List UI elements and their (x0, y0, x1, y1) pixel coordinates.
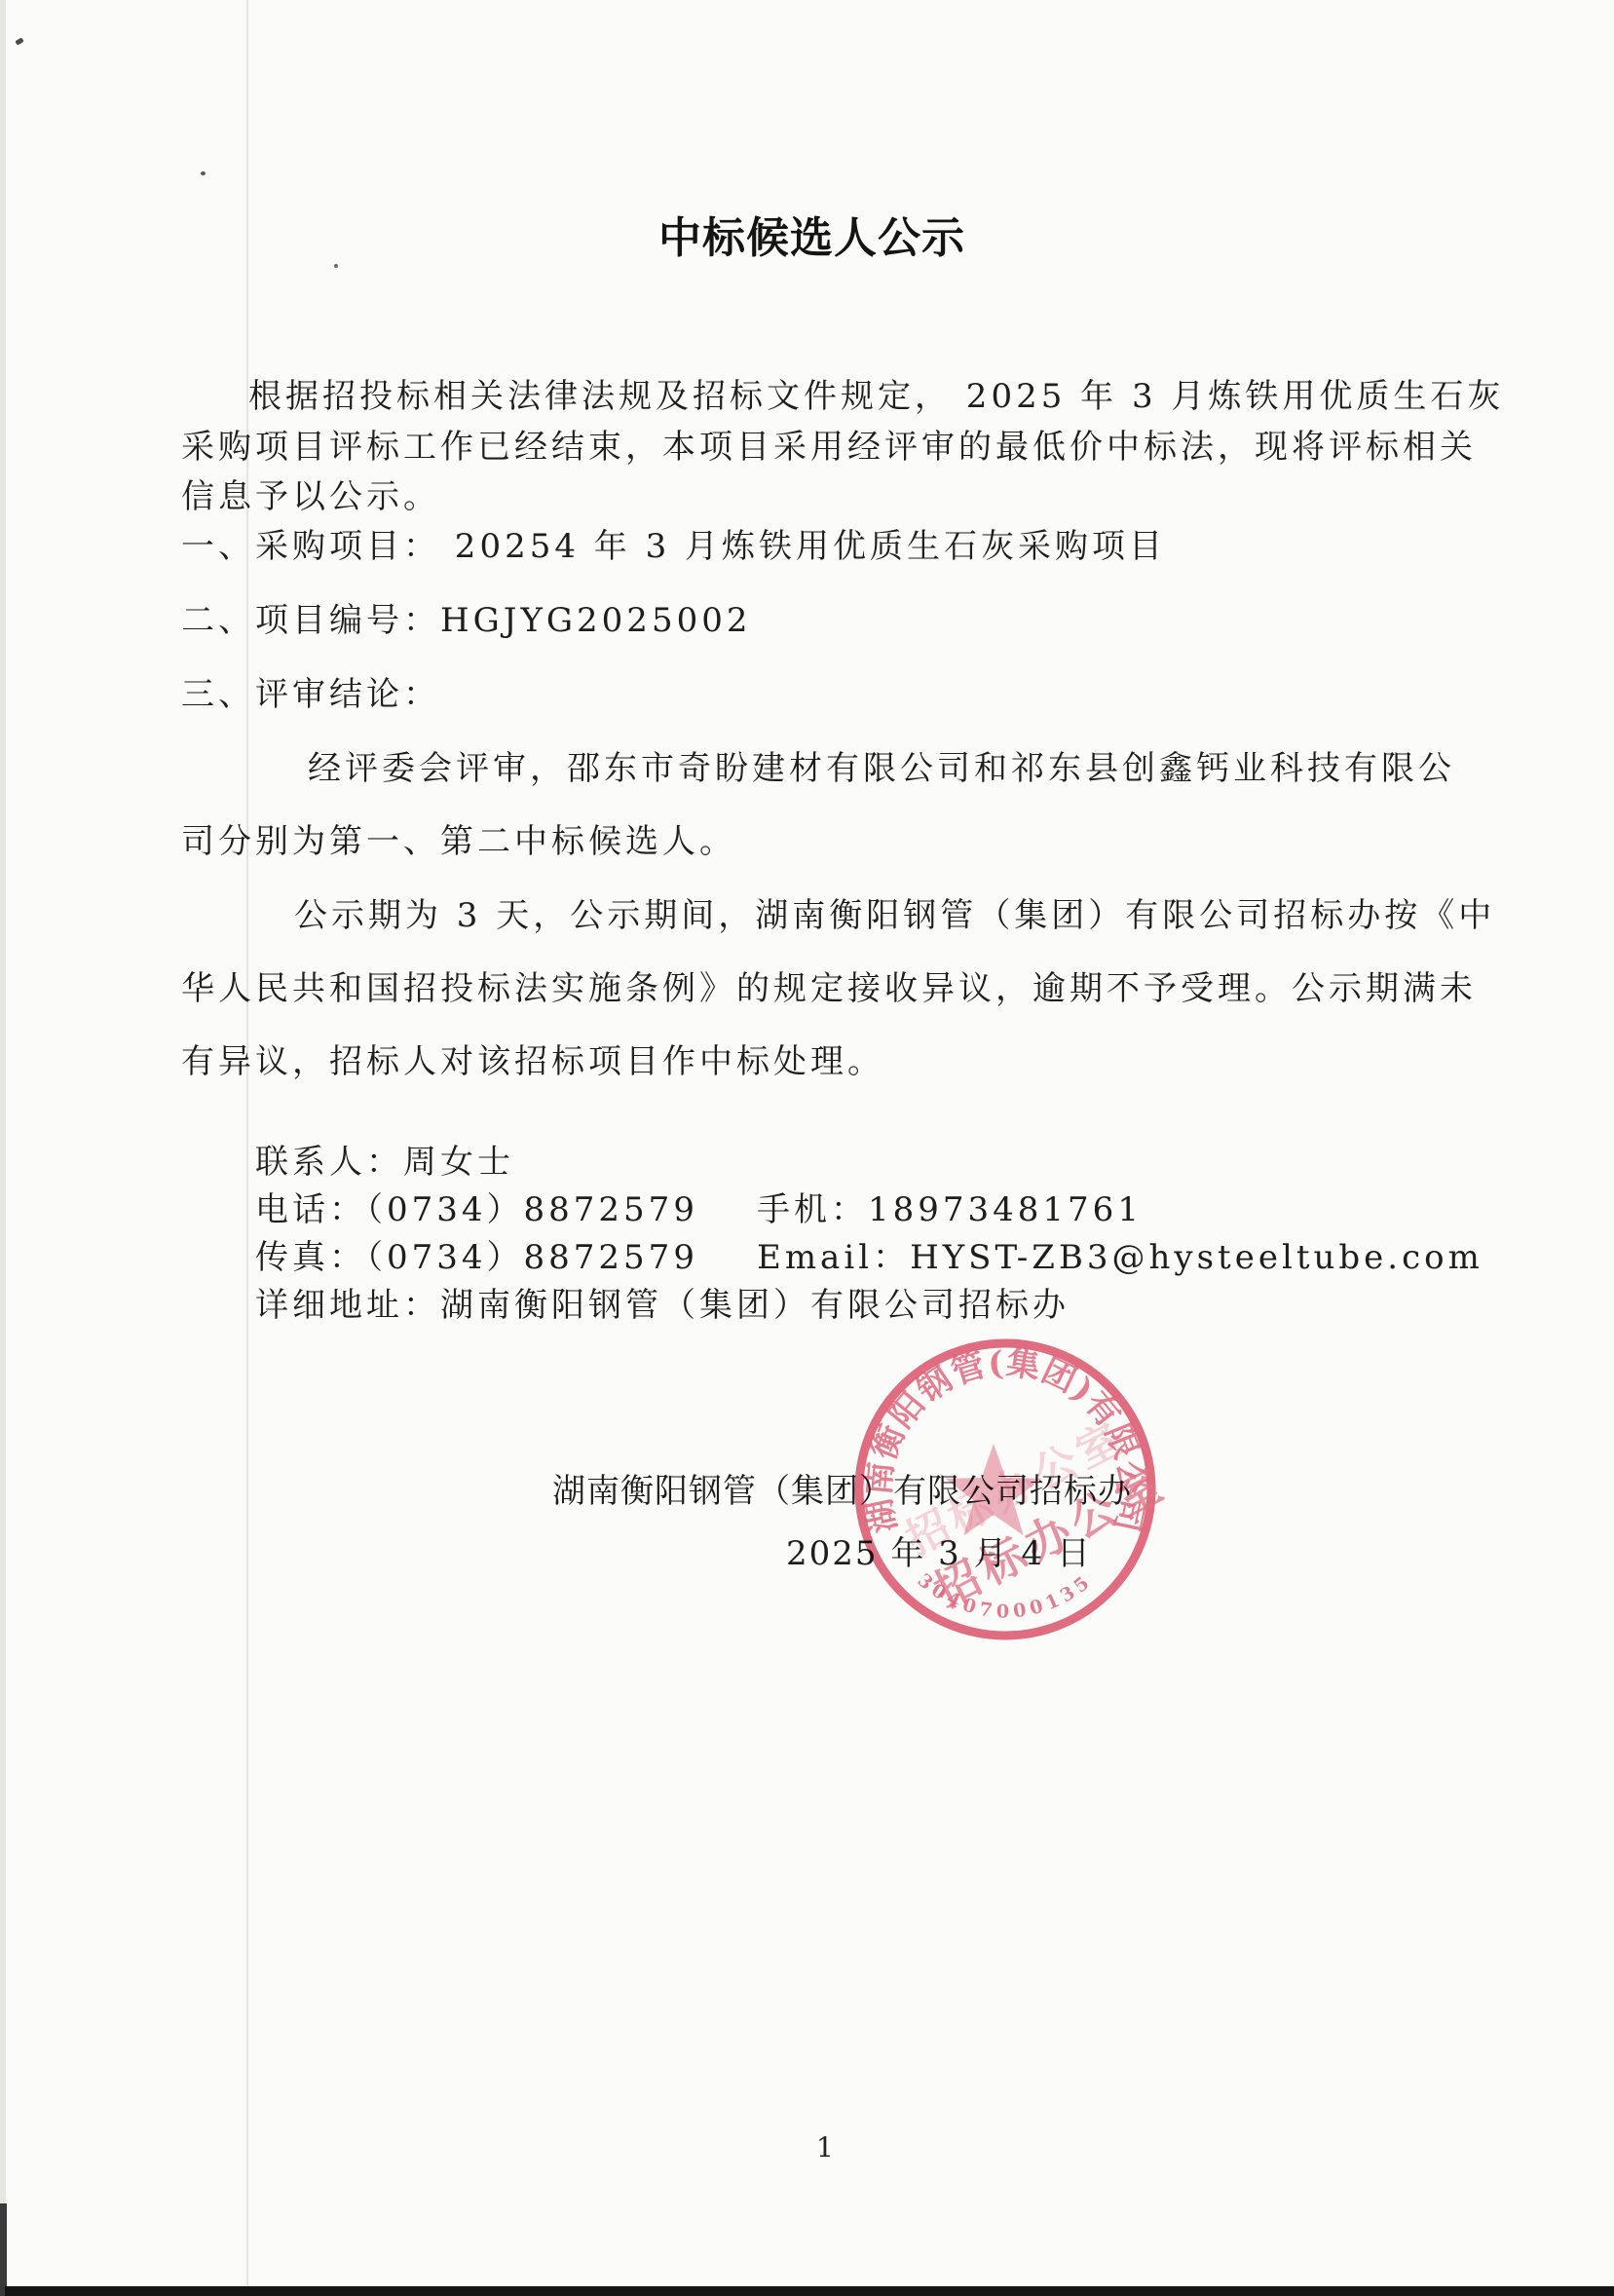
scan-left-bottom-edge (0, 2203, 7, 2296)
item-project-number: 二、项目编号：HGJYG2025002 (181, 600, 751, 642)
notice-line-3: 有异议，招标人对该招标项目作中标处理。 (181, 1041, 884, 1083)
contact-mobile: 手机：18973481761 (757, 1189, 1143, 1231)
contact-email: Email：HYST-ZB3@hysteeltube.com (757, 1237, 1483, 1279)
scan-crease-line (246, 0, 248, 2296)
conclusion-line-1: 经评委会评审，邵东市奇盼建材有限公司和祁东县创鑫钙业科技有限公 (308, 748, 1455, 790)
contact-phone: 电话：（0734）8872579 (255, 1189, 698, 1231)
scan-speck (15, 37, 23, 45)
scan-speck (201, 171, 206, 175)
company-seal-stamp: 湖南衡阳钢管(集团)有限公司 招标办公室 招标办公室 4304070001359 (840, 1324, 1181, 1665)
notice-line-2: 华人民共和国招投标法实施条例》的规定接收异议，逾期不予受理。公示期满未 (181, 968, 1477, 1010)
intro-line-1: 根据招投标相关法律法规及招标文件规定， 2025 年 3 月炼铁用优质生石灰 (248, 376, 1504, 418)
page-number: 1 (816, 2131, 834, 2164)
scanned-document-page: 中标候选人公示 根据招投标相关法律法规及招标文件规定， 2025 年 3 月炼铁… (0, 0, 1614, 2296)
intro-line-3: 信息予以公示。 (181, 476, 440, 518)
contact-fax: 传真：（0734）8872579 (255, 1237, 698, 1279)
scan-speck (334, 264, 338, 268)
contact-address: 详细地址：湖南衡阳钢管（集团）有限公司招标办 (255, 1285, 1070, 1327)
notice-line-1: 公示期为 3 天，公示期间，湖南衡阳钢管（集团）有限公司招标办按《中 (294, 895, 1495, 937)
contact-person: 联系人：周女士 (255, 1142, 514, 1184)
item-purchase-project: 一、采购项目： 20254 年 3 月炼铁用优质生石灰采购项目 (181, 526, 1166, 568)
document-title: 中标候选人公示 (658, 203, 965, 265)
item-review-conclusion: 三、评审结论： (181, 674, 440, 716)
scan-bottom-edge (5, 2286, 1614, 2296)
conclusion-line-2: 司分别为第一、第二中标候选人。 (181, 821, 736, 863)
scan-left-edge (0, 0, 6, 2296)
intro-line-2: 采购项目评标工作已经结束，本项目采用经评审的最低价中标法，现将评标相关 (181, 427, 1477, 469)
